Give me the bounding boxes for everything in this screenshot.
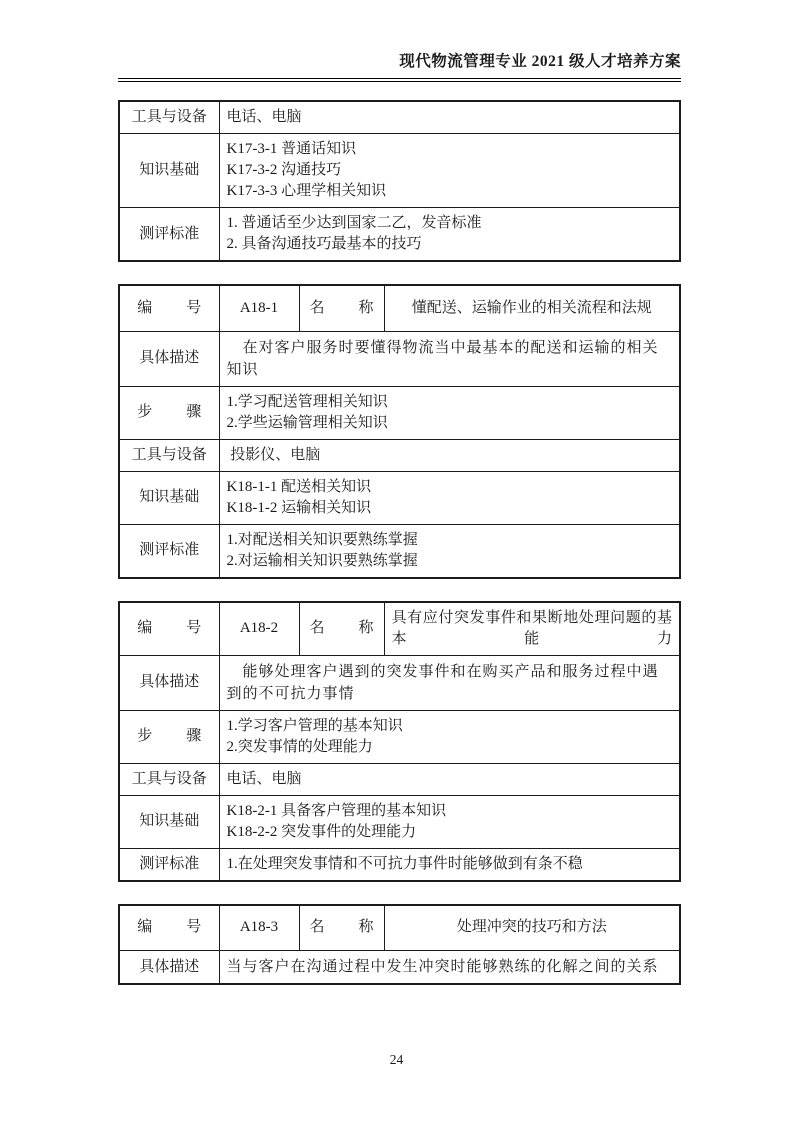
- row-label-cell: 工具与设备: [119, 101, 219, 134]
- row-line: 2.对运输相关知识要熟练掌握: [227, 551, 673, 572]
- row-line: K18-2-2 突发事件的处理能力: [227, 822, 673, 843]
- row-content-cell: 1.学习客户管理的基本知识2.突发事情的处理能力: [219, 710, 680, 763]
- document-page: 现代物流管理专业 2021 级人才培养方案 工具与设备电话、电脑知识基础K17-…: [118, 52, 681, 1007]
- tables-container: 工具与设备电话、电脑知识基础K17-3-1 普通话知识K17-3-2 沟通技巧K…: [118, 100, 681, 985]
- row-content-cell: 电话、电脑: [219, 101, 680, 134]
- row-content-cell: 电话、电脑: [219, 763, 680, 795]
- task-name-line: 具有应付突发事件和果断地处理问题的基: [392, 608, 673, 629]
- page-header: 现代物流管理专业 2021 级人才培养方案: [118, 52, 681, 82]
- row-label-cell: 知识基础: [119, 471, 219, 524]
- row-label-cell: 步骤: [119, 386, 219, 439]
- row-content-cell: 当与客户在沟通过程中发生冲突时能够熟练的化解之间的关系: [219, 951, 680, 985]
- task-table: 编号A18-1名称懂配送、运输作业的相关流程和法规具体描述 在对客户服务时要懂得…: [118, 284, 681, 579]
- task-name-line: 懂配送、运输作业的相关流程和法规: [392, 298, 673, 319]
- row-label-cell: 工具与设备: [119, 439, 219, 471]
- table-body: 编号A18-2名称具有应付突发事件和果断地处理问题的基本能力具体描述 能够处理客…: [119, 602, 680, 881]
- row-label-cell: 知识基础: [119, 134, 219, 208]
- row-line: K18-2-1 具备客户管理的基本知识: [227, 801, 673, 822]
- row-paragraph: 当与客户在沟通过程中发生冲突时能够熟练的化解之间的关系: [227, 959, 659, 975]
- row-label-text: 名称: [310, 298, 374, 319]
- task-code-cell: A18-3: [219, 905, 299, 951]
- table-row: 具体描述当与客户在沟通过程中发生冲突时能够熟练的化解之间的关系: [119, 951, 680, 985]
- name-label-cell: 名称: [299, 905, 384, 951]
- task-name-cell: 懂配送、运输作业的相关流程和法规: [384, 285, 680, 331]
- row-line: K17-3-3 心理学相关知识: [227, 181, 673, 202]
- table-row: 具体描述 能够处理客户遇到的突发事件和在购买产品和服务过程中遇到的不可抗力事情: [119, 655, 680, 710]
- table-header-row: 编号A18-2名称具有应付突发事件和果断地处理问题的基本能力: [119, 602, 680, 656]
- row-paragraph: 能够处理客户遇到的突发事件和在购买产品和服务过程中遇到的不可抗力事情: [227, 664, 659, 702]
- row-paragraph: 在对客户服务时要懂得物流当中最基本的配送和运输的相关知识: [227, 340, 659, 378]
- row-label-cell: 具体描述: [119, 951, 219, 985]
- table-header-row: 编号A18-3名称处理冲突的技巧和方法: [119, 905, 680, 951]
- row-line: 电话、电脑: [227, 107, 673, 128]
- row-label-cell: 知识基础: [119, 795, 219, 848]
- row-label-cell: 具体描述: [119, 655, 219, 710]
- header-title: 现代物流管理专业 2021 级人才培养方案: [118, 52, 681, 71]
- row-line: 电话、电脑: [227, 769, 673, 790]
- page-footer: 24: [0, 1052, 793, 1068]
- row-line: K17-3-2 沟通技巧: [227, 160, 673, 181]
- table-row: 知识基础K18-2-1 具备客户管理的基本知识K18-2-2 突发事件的处理能力: [119, 795, 680, 848]
- table-row: 测评标准1.在处理突发事情和不可抗力事件时能够做到有条不稳: [119, 848, 680, 881]
- task-table: 编号A18-2名称具有应付突发事件和果断地处理问题的基本能力具体描述 能够处理客…: [118, 601, 681, 882]
- task-name-cell: 具有应付突发事件和果断地处理问题的基本能力: [384, 602, 680, 656]
- row-label-cell: 测评标准: [119, 524, 219, 578]
- row-line: K18-1-2 运输相关知识: [227, 498, 673, 519]
- row-label-text: 步骤: [137, 726, 201, 747]
- row-content-cell: 在对客户服务时要懂得物流当中最基本的配送和运输的相关知识: [219, 331, 680, 386]
- row-line: 1.学习客户管理的基本知识: [227, 716, 673, 737]
- table-row: 步骤1.学习客户管理的基本知识2.突发事情的处理能力: [119, 710, 680, 763]
- name-label-cell: 名称: [299, 602, 384, 656]
- row-line: 投影仪、电脑: [227, 445, 673, 466]
- table-row: 步骤1.学习配送管理相关知识2.学些运输管理相关知识: [119, 386, 680, 439]
- table-body: 编号A18-1名称懂配送、运输作业的相关流程和法规具体描述 在对客户服务时要懂得…: [119, 285, 680, 578]
- row-line: 2.突发事情的处理能力: [227, 737, 673, 758]
- row-line: 1.对配送相关知识要熟练掌握: [227, 530, 673, 551]
- row-label-cell: 测评标准: [119, 208, 219, 262]
- task-name-line: 处理冲突的技巧和方法: [392, 917, 673, 938]
- row-content-cell: 1.对配送相关知识要熟练掌握2.对运输相关知识要熟练掌握: [219, 524, 680, 578]
- id-label-cell: 编号: [119, 905, 219, 951]
- row-line: 1.在处理突发事情和不可抗力事件时能够做到有条不稳: [227, 854, 673, 875]
- row-content-cell: 能够处理客户遇到的突发事件和在购买产品和服务过程中遇到的不可抗力事情: [219, 655, 680, 710]
- table-row: 测评标准1.对配送相关知识要熟练掌握2.对运输相关知识要熟练掌握: [119, 524, 680, 578]
- table-header-row: 编号A18-1名称懂配送、运输作业的相关流程和法规: [119, 285, 680, 331]
- task-name-line: 本能力: [392, 629, 673, 650]
- task-code-cell: A18-1: [219, 285, 299, 331]
- row-label-cell: 测评标准: [119, 848, 219, 881]
- row-label-cell: 步骤: [119, 710, 219, 763]
- task-table: 编号A18-3名称处理冲突的技巧和方法具体描述当与客户在沟通过程中发生冲突时能够…: [118, 904, 681, 986]
- page-number: 24: [390, 1052, 404, 1067]
- name-label-cell: 名称: [299, 285, 384, 331]
- row-label-cell: 工具与设备: [119, 763, 219, 795]
- table-body: 编号A18-3名称处理冲突的技巧和方法具体描述当与客户在沟通过程中发生冲突时能够…: [119, 905, 680, 985]
- table-row: 知识基础K17-3-1 普通话知识K17-3-2 沟通技巧K17-3-3 心理学…: [119, 134, 680, 208]
- table-row: 工具与设备电话、电脑: [119, 763, 680, 795]
- row-label-text: 编号: [137, 298, 201, 319]
- table-row: 测评标准1. 普通话至少达到国家二乙，发音标准2. 具备沟通技巧最基本的技巧: [119, 208, 680, 262]
- row-label-cell: 具体描述: [119, 331, 219, 386]
- row-label-text: 编号: [137, 917, 201, 938]
- id-label-cell: 编号: [119, 285, 219, 331]
- table-row: 工具与设备电话、电脑: [119, 101, 680, 134]
- task-code-cell: A18-2: [219, 602, 299, 656]
- task-table: 工具与设备电话、电脑知识基础K17-3-1 普通话知识K17-3-2 沟通技巧K…: [118, 100, 681, 262]
- row-content-cell: 1.学习配送管理相关知识2.学些运输管理相关知识: [219, 386, 680, 439]
- row-label-text: 编号: [137, 618, 201, 639]
- row-label-text: 名称: [310, 917, 374, 938]
- row-content-cell: 1.在处理突发事情和不可抗力事件时能够做到有条不稳: [219, 848, 680, 881]
- row-content-cell: K17-3-1 普通话知识K17-3-2 沟通技巧K17-3-3 心理学相关知识: [219, 134, 680, 208]
- row-label-text: 名称: [310, 618, 374, 639]
- table-row: 知识基础K18-1-1 配送相关知识K18-1-2 运输相关知识: [119, 471, 680, 524]
- row-label-text: 步骤: [137, 402, 201, 423]
- row-content-cell: 1. 普通话至少达到国家二乙，发音标准2. 具备沟通技巧最基本的技巧: [219, 208, 680, 262]
- row-content-cell: K18-2-1 具备客户管理的基本知识K18-2-2 突发事件的处理能力: [219, 795, 680, 848]
- table-row: 工具与设备 投影仪、电脑: [119, 439, 680, 471]
- row-line: 1. 普通话至少达到国家二乙，发音标准: [227, 213, 673, 234]
- row-content-cell: K18-1-1 配送相关知识K18-1-2 运输相关知识: [219, 471, 680, 524]
- row-line: K17-3-1 普通话知识: [227, 139, 673, 160]
- row-line: 2.学些运输管理相关知识: [227, 413, 673, 434]
- table-body: 工具与设备电话、电脑知识基础K17-3-1 普通话知识K17-3-2 沟通技巧K…: [119, 101, 680, 261]
- row-line: 1.学习配送管理相关知识: [227, 392, 673, 413]
- table-row: 具体描述 在对客户服务时要懂得物流当中最基本的配送和运输的相关知识: [119, 331, 680, 386]
- id-label-cell: 编号: [119, 602, 219, 656]
- task-name-cell: 处理冲突的技巧和方法: [384, 905, 680, 951]
- row-content-cell: 投影仪、电脑: [219, 439, 680, 471]
- row-line: K18-1-1 配送相关知识: [227, 477, 673, 498]
- row-line: 2. 具备沟通技巧最基本的技巧: [227, 234, 673, 255]
